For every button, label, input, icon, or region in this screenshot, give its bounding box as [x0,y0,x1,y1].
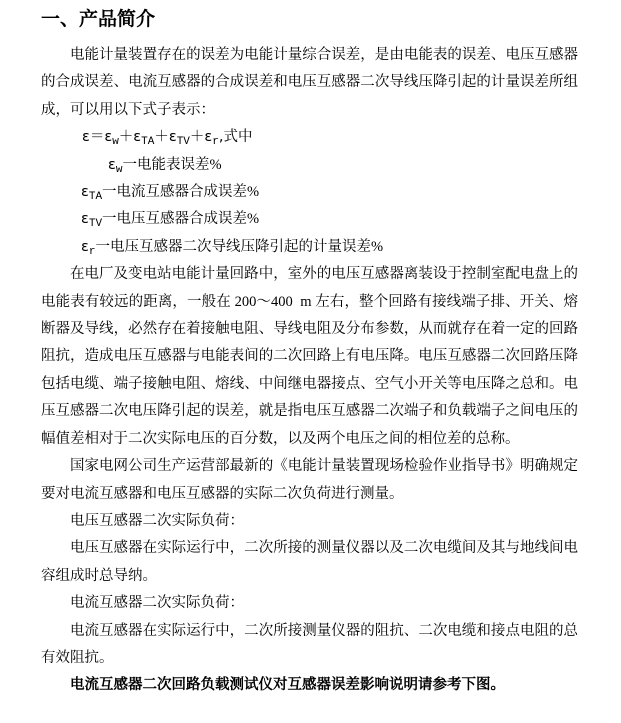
formula-term-subscript: r [212,136,219,148]
intro-paragraph: 电能计量装置存在的误差为电能计量综合误差，是由电能表的误差、电压互感器的合成误差… [41,42,578,124]
body-paragraph: 电压互感器二次实际负荷： [41,508,578,535]
definition-text: 一电流互感器合成误差% [102,184,259,200]
formula-definitions: εw一电能表误差%εTA一电流互感器合成误差%εTV一电压互感器合成误差%εr一… [41,152,578,262]
formula-term-subscript: TA [141,136,154,148]
body-paragraph: 在电厂及变电站电能计量回路中，室外的电压互感器离装设于控制室配电盘上的电能表有较… [41,261,578,453]
body-paragraphs: 在电厂及变电站电能计量回路中，室外的电压互感器离装设于控制室配电盘上的电能表有较… [41,261,578,700]
section-heading: 一、产品简介 [41,6,578,33]
definition-text: 一电能表误差% [122,157,221,173]
formula-term-definition: εTA一电流互感器合成误差% [81,179,578,206]
body-paragraph: 国家电网公司生产运营部最新的《电能计量装置现场检验作业指导书》明确规定要对电流互… [41,453,578,508]
formula-term: ＋ε [119,129,141,145]
figure-caption-lead: 电流互感器二次回路负载测试仪对互感器误差影响说明请参考下图。 [41,672,578,699]
document-page: 一、产品简介 电能计量装置存在的误差为电能计量综合误差，是由电能表的误差、电压互… [0,0,621,723]
formula-term: ＋ε [154,129,176,145]
epsilon-symbol: ε [81,211,89,227]
formula-term-subscript: TV [177,136,190,148]
epsilon-subscript: TV [89,218,102,230]
formula-term-definition: εw一电能表误差% [108,152,578,179]
body-paragraph: 电流互感器二次实际负荷： [41,590,578,617]
formula-term: ＋ε [190,129,212,145]
formula-term-definition: εTV一电压互感器合成误差% [81,206,578,233]
body-paragraph: 电流互感器在实际运行中，二次所接测量仪器的阻抗、二次电缆和接点电阻的总有效阻抗。 [41,618,578,673]
formula-term: ε＝ε [82,129,112,145]
formula-term-definition: εr一电压互感器二次导线压降引起的计量误差% [81,234,578,261]
epsilon-symbol: ε [81,239,89,255]
definition-text: 一电压互感器合成误差% [102,211,259,227]
formula-term-subscript: w [112,136,119,148]
epsilon-subscript: TA [89,191,102,203]
body-paragraph: 电压互感器在实际运行中，二次所接的测量仪器以及二次电缆间及其与地线间电容组成时总… [41,535,578,590]
epsilon-symbol: ε [108,157,116,173]
error-formula: ε＝εw＋εTA＋εTV＋εr,式中 [82,124,578,151]
epsilon-symbol: ε [81,184,89,200]
definition-text: 一电压互感器二次导线压降引起的计量误差% [95,239,383,255]
formula-term: ,式中 [219,129,253,145]
